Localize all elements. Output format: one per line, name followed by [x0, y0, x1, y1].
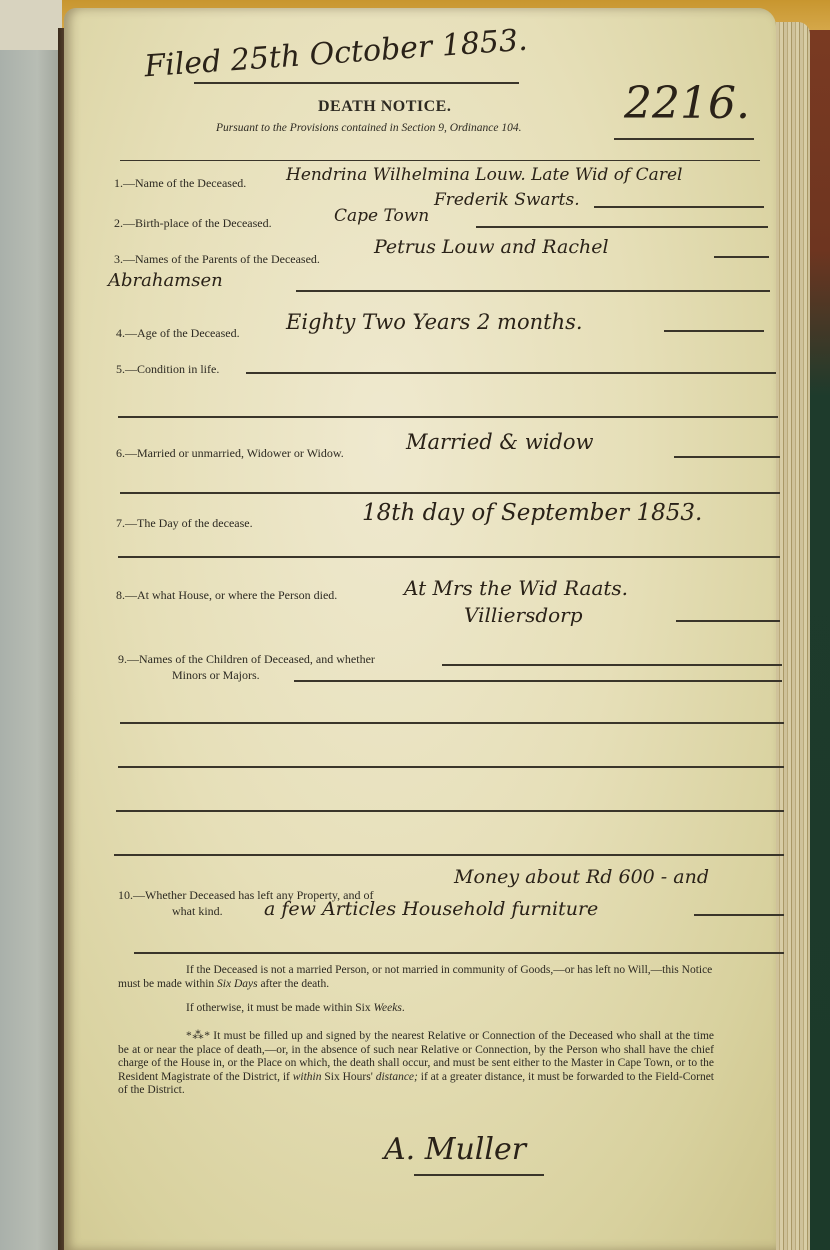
death-notice-page: Filed 25th October 1853. 2216. DEATH NOT…	[64, 8, 776, 1250]
field-rule	[676, 620, 780, 622]
field-rule	[118, 766, 784, 768]
field-label-place: 8.—At what House, or where the Person di…	[116, 588, 337, 603]
field-label-name: 1.—Name of the Deceased.	[114, 176, 246, 191]
field-rule	[674, 456, 780, 458]
field-value-parents: Petrus Louw and Rachel	[374, 236, 609, 258]
notice-number: 2216.	[624, 78, 750, 129]
instruction-six-weeks: If otherwise, it must be made within Six…	[186, 1002, 706, 1016]
filed-note: Filed 25th October 1853.	[143, 23, 528, 85]
filed-underline	[194, 82, 519, 84]
divider	[120, 160, 760, 161]
page-fold	[0, 0, 62, 50]
field-value-birthplace: Cape Town	[334, 206, 429, 226]
field-value-property-line2: a few Articles Household furniture	[264, 898, 598, 920]
field-rule	[116, 810, 784, 812]
field-rule	[664, 330, 764, 332]
page-title: DEATH NOTICE.	[318, 98, 451, 116]
field-rule	[714, 256, 769, 258]
field-value-property: Money about Rd 600 - and	[454, 866, 709, 888]
number-underline	[614, 138, 754, 140]
field-label-marital-status: 6.—Married or unmarried, Widower or Wido…	[116, 446, 344, 461]
field-value-date: 18th day of September 1853.	[362, 500, 702, 526]
field-value-place: At Mrs the Wid Raats.	[404, 576, 628, 600]
field-rule	[134, 952, 784, 954]
field-value-age: Eighty Two Years 2 months.	[286, 310, 583, 334]
field-value-parents-line2: Abrahamsen	[108, 270, 223, 291]
field-label-birthplace: 2.—Birth-place of the Deceased.	[114, 216, 272, 231]
field-rule	[114, 854, 784, 856]
field-label-children-line2: Minors or Majors.	[172, 668, 260, 683]
instruction-signing: *⁂* It must be filled up and signed by t…	[118, 1030, 714, 1098]
field-label-age: 4.—Age of the Deceased.	[116, 326, 240, 341]
field-label-children: 9.—Names of the Children of Deceased, an…	[118, 652, 375, 667]
field-rule	[296, 290, 770, 292]
field-rule	[294, 680, 782, 682]
instruction-six-days: If the Deceased is not a married Person,…	[118, 964, 714, 991]
signature: A. Muller	[384, 1132, 526, 1167]
field-rule	[476, 226, 768, 228]
page-subtitle: Pursuant to the Provisions contained in …	[216, 122, 521, 134]
field-rule	[246, 372, 776, 374]
field-label-condition: 5.—Condition in life.	[116, 362, 219, 377]
field-rule	[118, 556, 780, 558]
field-value-place-line2: Villiersdorp	[464, 603, 583, 627]
field-rule	[694, 914, 784, 916]
field-label-property-line2: what kind.	[172, 904, 223, 919]
field-label-date: 7.—The Day of the decease.	[116, 516, 253, 531]
field-rule	[118, 416, 778, 418]
signature-underline	[414, 1174, 544, 1176]
field-label-parents: 3.—Names of the Parents of the Deceased.	[114, 252, 320, 267]
field-rule	[594, 206, 764, 208]
field-rule	[120, 722, 784, 724]
adjacent-page	[0, 0, 62, 1250]
field-value-marital-status: Married & widow	[406, 430, 593, 454]
field-value-name: Hendrina Wilhelmina Louw. Late Wid of Ca…	[286, 165, 682, 185]
field-value-name-line2: Frederik Swarts.	[434, 190, 580, 210]
field-rule	[120, 492, 780, 494]
field-rule	[442, 664, 782, 666]
